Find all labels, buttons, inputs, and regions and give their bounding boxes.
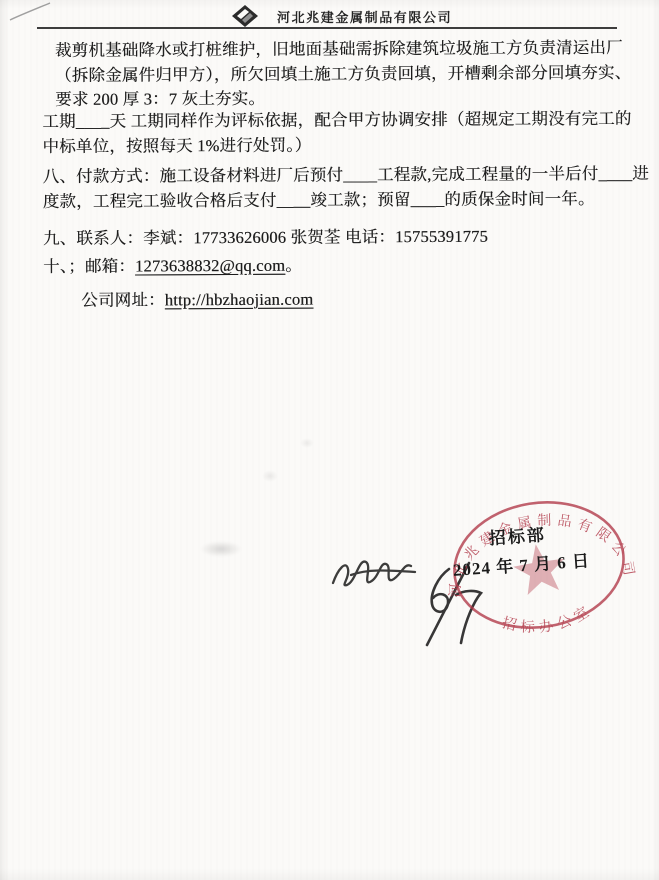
svg-text:招标办公室: 招标办公室 bbox=[498, 599, 599, 642]
document-body: 裁剪机基础降水或打桩维护，旧地面基础需拆除建筑垃圾施工方负责清运出厂 （拆除金属… bbox=[0, 0, 659, 880]
website-url: http://hbzhaojian.com bbox=[165, 290, 314, 310]
email-address: 1273638832@qq.com bbox=[135, 256, 285, 276]
paragraph-payment-terms: 八、付款方式：施工设备材料进厂后预付____工程款,完成工程量的一半后付____… bbox=[43, 162, 650, 214]
text-line: 八、付款方式：施工设备材料进厂后预付____工程款,完成工程量的一半后付____… bbox=[43, 162, 649, 190]
paragraph-site-works: 裁剪机基础降水或打桩维护，旧地面基础需拆除建筑垃圾施工方负责清运出厂 （拆除金属… bbox=[55, 36, 632, 113]
email-line: 十、；邮箱：1273638832@qq.com。 bbox=[43, 252, 302, 277]
stamp-office-text: 招标办公室 bbox=[498, 599, 599, 642]
scanned-document-page: 河北兆建金属制品有限公司 裁剪机基础降水或打桩维护，旧地面基础需拆除建筑垃圾施工… bbox=[0, 0, 659, 880]
tender-department-label: 招标部 bbox=[488, 520, 547, 549]
website-label: 公司网址： bbox=[81, 290, 165, 309]
signature-scribble bbox=[333, 562, 415, 586]
email-label: 十、；邮箱： bbox=[43, 257, 135, 276]
text-line: （拆除金属件归甲方），所欠回填土施工方负责回填，开槽剩余部分回填夯实、 bbox=[55, 60, 631, 88]
text-line: 工期____天 工期同样作为评标依据，配合甲方协调安排（超规定工期没有完工的 bbox=[42, 107, 631, 135]
handwritten-date-note: 6/7 bbox=[473, 660, 474, 661]
text-line: 裁剪机基础降水或打桩维护，旧地面基础需拆除建筑垃圾施工方负责清运出厂 bbox=[55, 36, 631, 64]
text-line: 中标单位，按照每天 1%进行处罚。） bbox=[42, 131, 631, 159]
paragraph-construction-period: 工期____天 工期同样作为评标依据，配合甲方协调安排（超规定工期没有完工的 中… bbox=[42, 107, 631, 159]
contacts-line: 九、联系人：李斌：17733626006 张贺荃 电话：15755391775 bbox=[43, 223, 488, 249]
email-suffix: 。 bbox=[285, 256, 302, 275]
text-line: 度款，工程完工验收合格后支付____竣工款；预留____的质保金时间一年。 bbox=[43, 186, 649, 214]
website-line: 公司网址：http://hbzhaojian.com bbox=[81, 286, 313, 311]
